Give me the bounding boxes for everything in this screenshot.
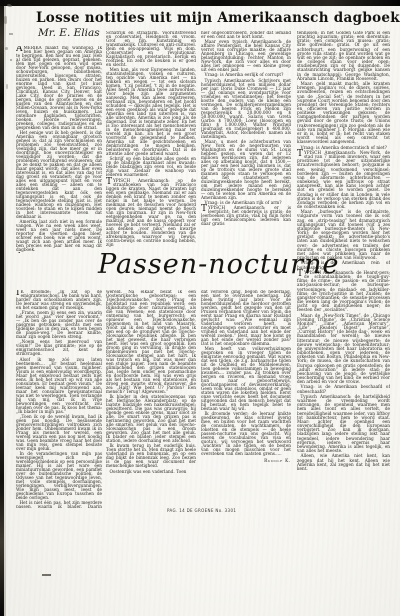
bottom-article-column-3: dat verloren ging, begon de nederlaag, e… bbox=[201, 290, 291, 508]
paragraph: hier ongecontroleerd, zonder dat iemand … bbox=[201, 31, 291, 39]
page-footer: PAG. 14 DE GROENE No. 3301 bbox=[167, 508, 236, 513]
paragraph: wereld. Na elkaar bezat ik een Oostenrij… bbox=[106, 290, 196, 394]
bottom-article-column-2: wereld. Na elkaar bezat ik een Oostenrij… bbox=[106, 290, 196, 508]
scan-speck bbox=[6, 84, 8, 89]
top-article-column-3: hier ongecontroleerd, zonder dat iemand … bbox=[201, 31, 291, 253]
paragraph: Typisch Amerikaansch: Schrijvers met hon… bbox=[201, 79, 291, 139]
scan-mark bbox=[42, 574, 51, 576]
paragraph: Het eenige wat ik heb geleerd, is dat Am… bbox=[16, 131, 102, 219]
drop-cap: T bbox=[106, 179, 112, 187]
scan-speck bbox=[9, 33, 13, 35]
scan-speck bbox=[7, 3, 13, 7]
scan-speck bbox=[5, 47, 8, 50]
scan-edge-left-shadow bbox=[4, 0, 6, 616]
paragraph: „Frans, noem jij eens een zin, waarin he… bbox=[16, 311, 102, 339]
paragraph: AMERIKA maakt mij wanhopig. Ik ben hier … bbox=[16, 46, 102, 130]
paragraph: Alsof ik me zóó zou laten beetnemen.... … bbox=[16, 358, 102, 414]
drop-cap: I bbox=[16, 290, 20, 298]
paragraph: Maar: de „New-York Times”, de „Chicago E… bbox=[297, 314, 390, 385]
paragraph: Schrijf op één bladzijde alles goeds en … bbox=[106, 157, 196, 177]
paragraph: Maar: u moet de achterbuurten van New Yo… bbox=[201, 140, 291, 200]
paragraph: Het is niet één pas, het zijn meerdere p… bbox=[16, 501, 102, 508]
section-headline: Passen-nocturne bbox=[98, 249, 340, 280]
byline: Mr. E. Elias bbox=[38, 27, 100, 39]
paragraph: Schatrijk en straatarm. Vooruitstrevend … bbox=[106, 31, 196, 67]
paragraph: Ik kwam terug in het ouderlijk huis. Toe… bbox=[106, 444, 196, 468]
drop-cap: T bbox=[201, 206, 207, 214]
paragraph: Vraag: is Amerika eerlijk of corrupt? bbox=[201, 73, 291, 77]
top-article-column-1: AMERIKA maakt mij wanhopig. Ik ben hier … bbox=[16, 46, 102, 253]
paragraph: Typisch Amerikaansch: de hartelijkheid w… bbox=[297, 395, 390, 453]
paragraph: Ik droomde verder: de leeraar knikte goe… bbox=[201, 412, 291, 456]
drop-cap: T bbox=[297, 151, 303, 159]
paragraph: TYPISCH Amerikaansch: er is leerplicht; … bbox=[201, 206, 291, 226]
top-article-column-2: Schatrijk en straatarm. Vooruitstrevend … bbox=[106, 31, 196, 253]
article-headline: Losse notities uit mijn Amerikaansch dag… bbox=[36, 10, 400, 26]
signature: Rudolf K. bbox=[201, 459, 291, 463]
newspaper-page: Losse notities uit mijn Amerikaansch dag… bbox=[0, 0, 400, 616]
paragraph: Amerika laat zich niet in een formule va… bbox=[16, 220, 102, 252]
paragraph: IK droomde: „Ik zat op de emigrantenscho… bbox=[16, 290, 102, 310]
paragraph: Alleen, wie Amerika niet kent, kan zegge… bbox=[297, 454, 390, 471]
scan-speck bbox=[10, 59, 12, 61]
paragraph: tennissen; in het Golden Gate Park is ee… bbox=[297, 31, 390, 81]
paragraph: Ik blader in den statenloozenpas van het… bbox=[106, 395, 196, 443]
drop-cap: A bbox=[16, 46, 23, 54]
paragraph: Oostenrijk was een vaderland. Toen bbox=[106, 470, 196, 474]
bottom-article-column-1: IK droomde: „Ik zat op de emigrantenscho… bbox=[16, 290, 102, 508]
paragraph: Maar even typisch Amerikaansch: de affai… bbox=[201, 40, 291, 72]
paragraph: Men kan, als voor Europeesche landen, st… bbox=[106, 68, 196, 156]
paragraph: TYPISCH Amerikaansch: op de straathoeken… bbox=[106, 179, 196, 247]
paragraph: TYPISCH Amerikaansch: New-York, de stad … bbox=[297, 151, 390, 209]
paragraph: dat verloren ging, begon de nederlaag, e… bbox=[201, 290, 291, 346]
scan-speck bbox=[4, 16, 7, 24]
paragraph: „Toen ik op de wereld kwam, had ik geen … bbox=[16, 415, 102, 451]
paragraph: „Noem eens het meervoud van visum!” De k… bbox=[16, 340, 102, 356]
paragraph: Men heeft van volksverhuizingen gesproke… bbox=[201, 347, 291, 411]
paragraph: Maar: geld maakt macht; alle kranten bre… bbox=[297, 82, 390, 144]
scan-edge-bottom bbox=[0, 0, 400, 6]
paragraph: In de veranderingen van mijn pas weerspi… bbox=[16, 452, 102, 500]
paragraph: Vraag: is de Amerikaan beschaafd of onbe… bbox=[297, 385, 390, 393]
